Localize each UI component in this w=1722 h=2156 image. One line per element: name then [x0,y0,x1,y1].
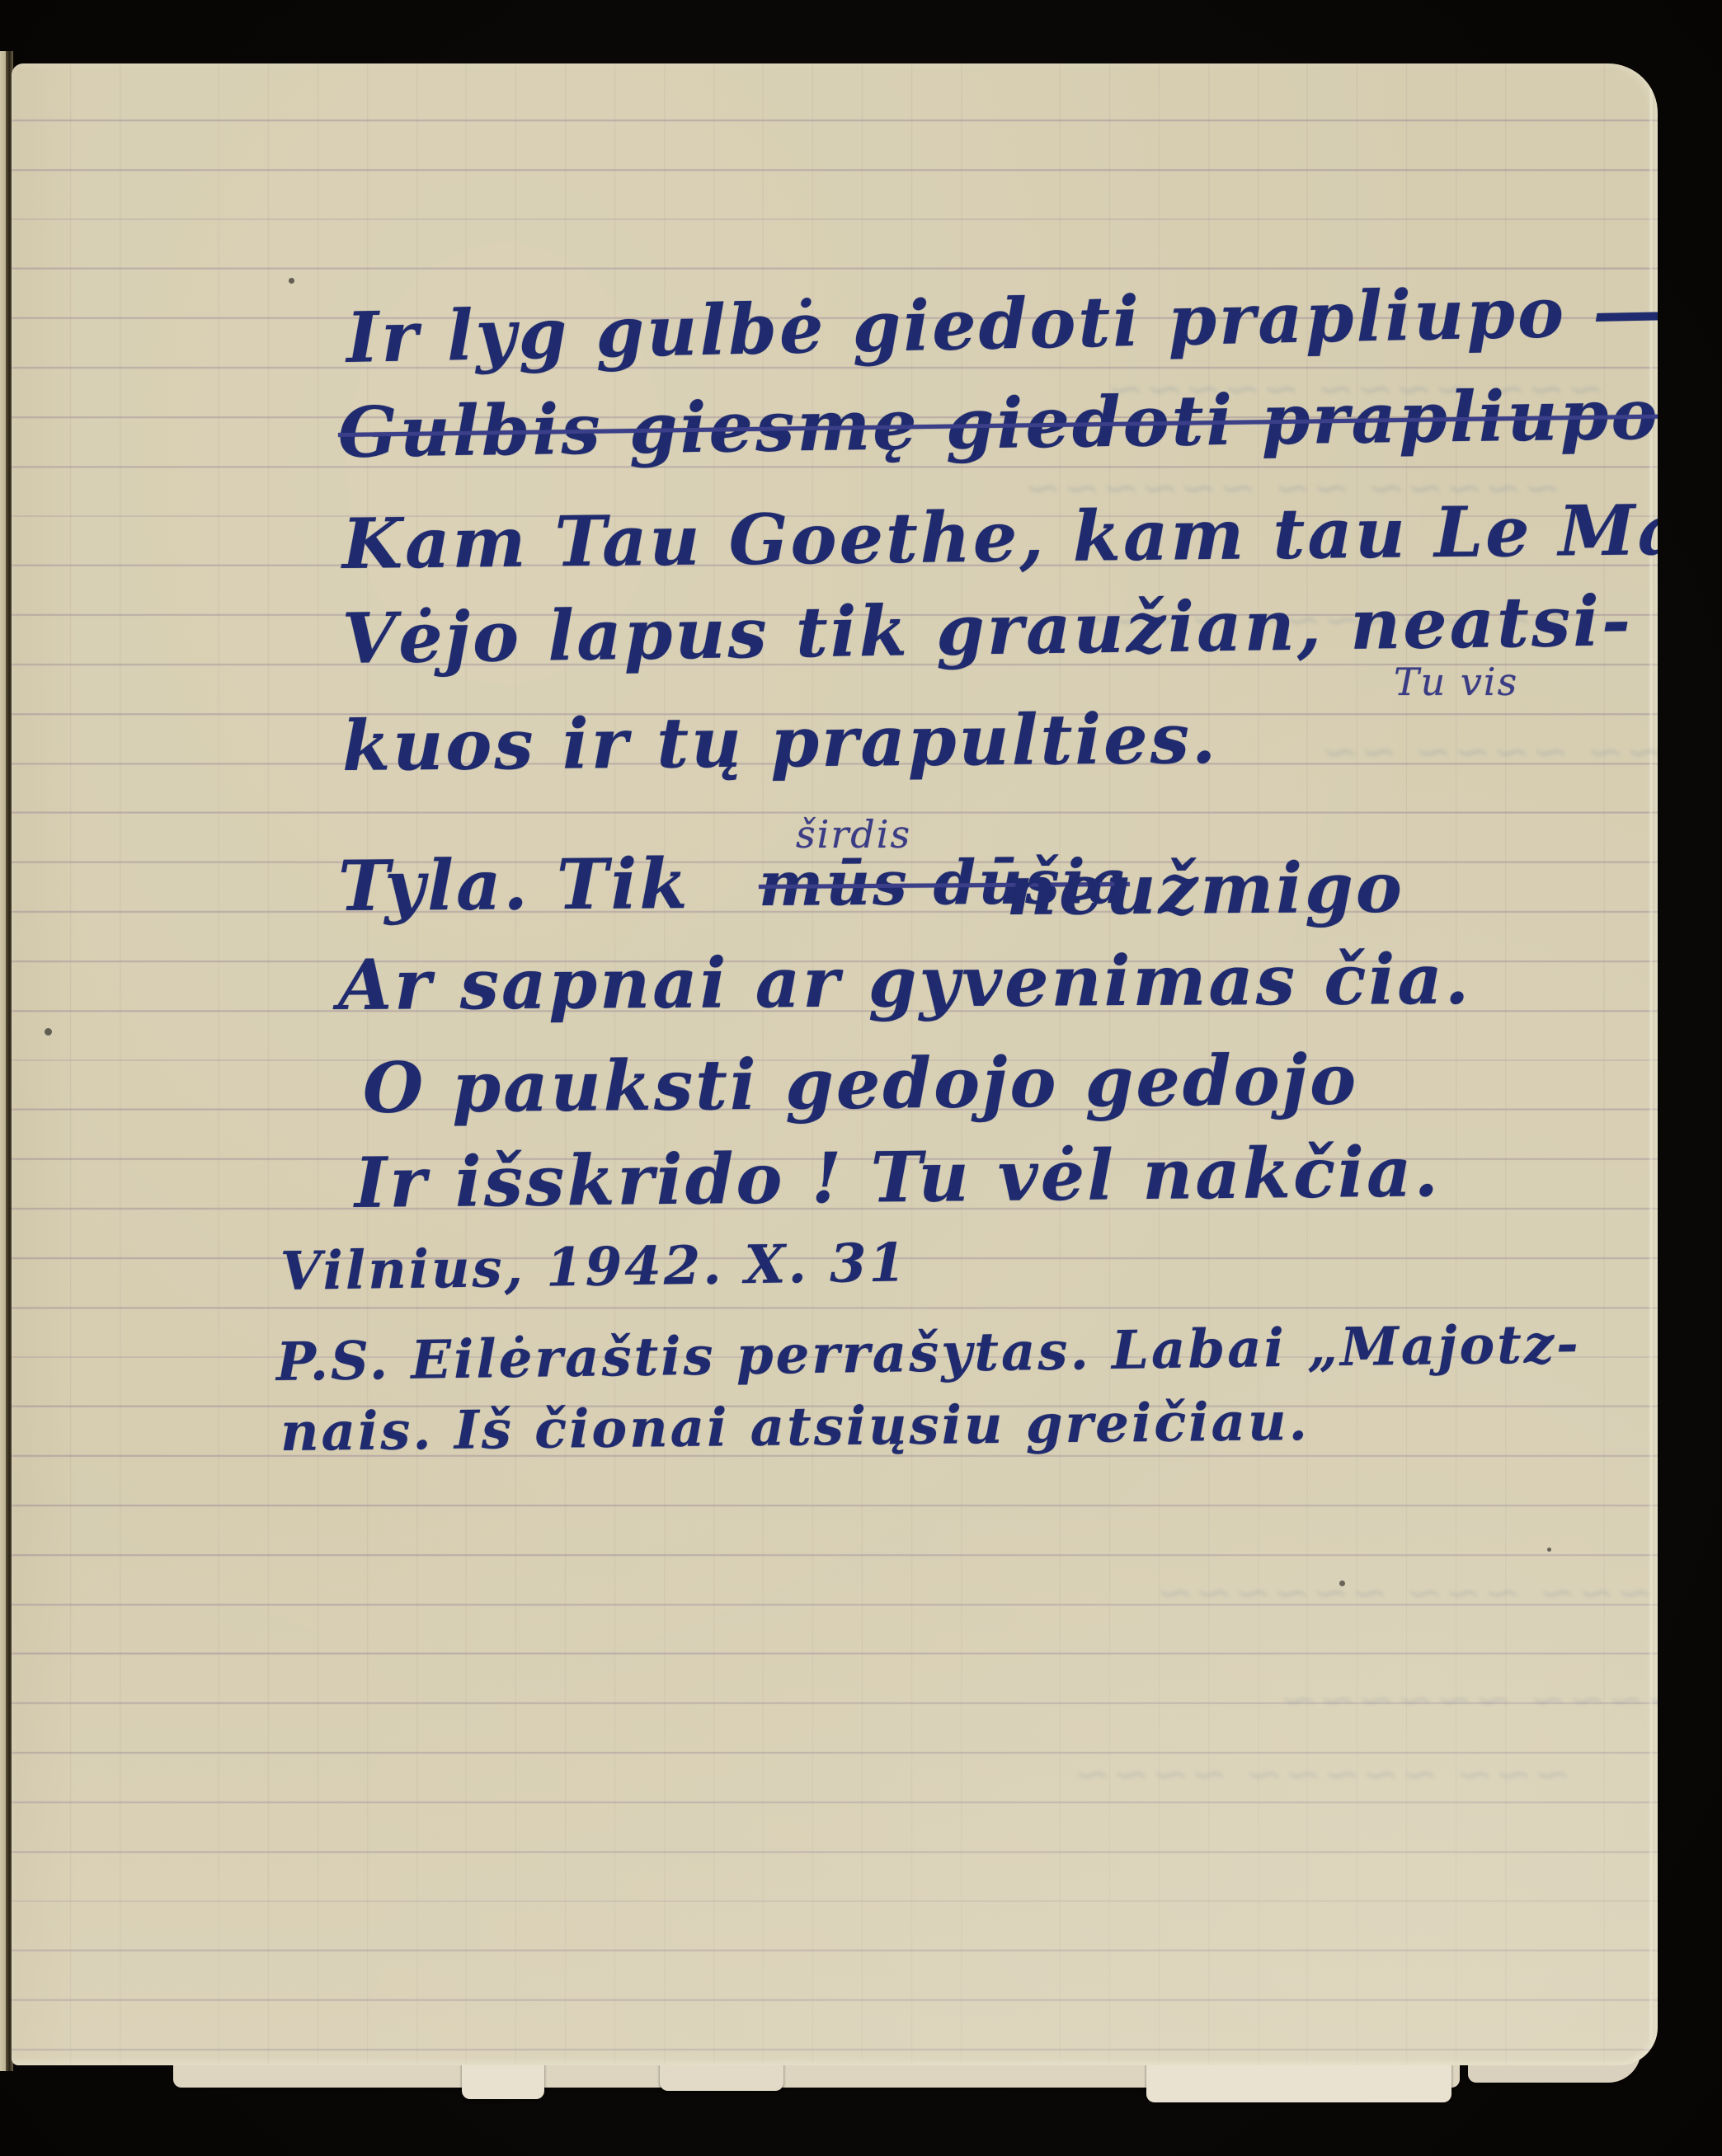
interlinear-insertion: širdis [796,812,911,857]
showthrough-writing: ~~~~~~ ~~~~ ~~ [1320,726,1658,777]
paper-speck [45,1028,52,1036]
handwritten-line: Ar sapnai ar gyvenimas čia. [338,938,1472,1026]
handwritten-line: nais. Iš čionai atsiųsiu greičiau. [280,1391,1310,1463]
handwritten-line: Vilnius, 1942. X. 31 [280,1232,908,1303]
handwritten-line: Ir lyg gulbė giedoti prapliupo — [346,270,1658,378]
showthrough-writing: ~~~~ ~~~ ~~~~~~ [1155,1567,1658,1618]
handwritten-line: Tyla. Tik [338,843,690,927]
showthrough-writing: ~~~ ~~~~~ ~~~~ [1072,1748,1571,1800]
handwritten-line: neužmigo [1006,847,1405,931]
handwritten-line: P.S. Eilėraštis perrašytas. Labai „Majot… [275,1313,1581,1393]
handwritten-line: O pauksti gedojo gedojo [363,1038,1359,1129]
interlinear-insertion: Tu vis [1394,660,1518,704]
notebook-page: ~~~ ~~~~ ~~~~~~~~~~ ~~ ~~~~~~~~ ~~~~~~ ~… [12,63,1658,2065]
scan-background: ~~~ ~~~~ ~~~~~~~~~~ ~~ ~~~~~~~~ ~~~~~~ ~… [0,0,1722,2156]
handwritten-line: Gulbis giesmę giedoti prapliupo. [337,373,1658,473]
paper-speck [1339,1581,1345,1586]
handwritten-line: Ir išskrido ! Tu vėl nakčia. [354,1130,1441,1224]
handwritten-line: Kam Tau Goethe, kam tau Le Martin [341,487,1658,585]
paper-speck [289,278,294,284]
handwritten-line: kuos ir tų prapulties. [342,698,1219,787]
paper-speck [1547,1548,1551,1552]
showthrough-writing: ~~~~~ ~~~~~~ [1278,1674,1658,1726]
